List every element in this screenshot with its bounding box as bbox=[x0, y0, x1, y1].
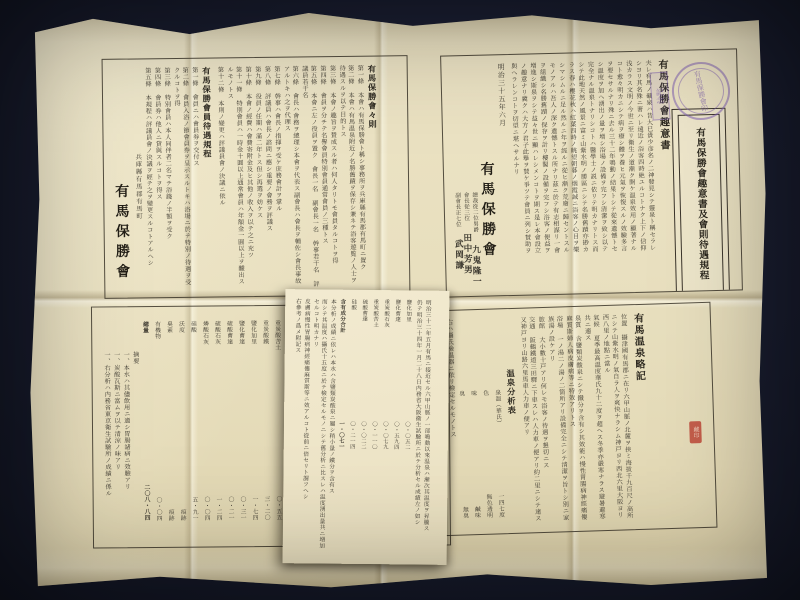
summary-heading: 有馬温泉略記 bbox=[630, 313, 650, 521]
spring-item-value: 無臭 bbox=[459, 506, 469, 519]
addendum-slip-paper: 明治三十二年五月有馬ニ接近セル六甲山脈ノ一部鳴動以來温泉ハ漸次其温度ヲ昇騰ス仍テ… bbox=[283, 289, 450, 565]
slip-total-value: 一・〇七一 bbox=[336, 420, 346, 449]
spring-item-name: 臭 bbox=[456, 390, 466, 396]
spring-item-name: 泉温（華氏） bbox=[492, 389, 503, 426]
analysis-row: 有機物 〇・〇四 bbox=[150, 315, 164, 521]
slip-component-name: 重炭酸苦土 bbox=[370, 299, 380, 328]
slip-component-value: 〇・二一四 bbox=[347, 420, 357, 449]
slip-text-flow: 明治三十二年五月有馬ニ接近セル六甲山脈ノ一部鳴動以來温泉ハ漸次其温度ヲ昇騰ス仍テ… bbox=[283, 289, 439, 565]
slip-outro-line: 而シテ其温度ハ攝氏十五度ニ於テ檢定セルモノニシテ舊分析ニ比スレハ温度湧出量共ニ増… bbox=[309, 298, 328, 554]
component-name: 鹽化曹達 bbox=[235, 320, 245, 344]
officer-list: 總裁從二位男爵 九鬼隆一 會長從三位 田中芳男 副會長正七位 武岡謙 bbox=[449, 64, 480, 289]
officer-name: 武岡謙 bbox=[453, 239, 464, 271]
spring-item-name: 味 bbox=[468, 390, 478, 396]
slip-component-name: 鹽化曹達 bbox=[392, 299, 402, 322]
component-value: 〇・五五 bbox=[273, 495, 283, 519]
component-value: 〇・〇四 bbox=[201, 496, 211, 520]
spring-item-value: 鹹味 bbox=[471, 506, 481, 519]
red-seal-stamp: 藏印 bbox=[689, 421, 702, 443]
officer-title-rank: 副會長正七位 bbox=[454, 192, 461, 227]
summary-text-flow: 有馬温泉略記 位置 攝津國有馬郡ニ在リ六甲山脈ノ北麓ヲ挟ミ海拔千九百尺ノ高所ニシ… bbox=[435, 305, 659, 536]
slip-analysis-row: 重炭酸石灰 〇・〇七九 bbox=[379, 299, 392, 449]
slip-component-value: 〇・〇五二 bbox=[402, 421, 412, 450]
component-name: 有機物 bbox=[151, 321, 161, 339]
slip-intro: 明治三十二年五月有馬ニ接近セル六甲山脈ノ一部鳴動以來温泉ハ漸次其温度ヲ昇騰ス仍テ… bbox=[412, 299, 432, 555]
page-spring-summary: 藏印 有馬温泉略記 位置 攝津國有馬郡ニ在リ六甲山脈ノ北麓ヲ挟ミ海拔千九百尺ノ高… bbox=[434, 302, 718, 537]
slip-total-label: 含有成分合計 bbox=[337, 299, 347, 333]
cover-title: 有馬保勝會趣意書及會則待遇規程 bbox=[693, 127, 709, 280]
component-value: 〇・三一 bbox=[237, 496, 247, 520]
component-value: 〇・〇四 bbox=[153, 497, 163, 521]
component-name: 臭素 bbox=[163, 321, 173, 333]
analysis-row: 重炭酸苦土 〇・五五 bbox=[270, 314, 284, 520]
slip-analysis-row: 鹽化曹達 〇・五九四 bbox=[390, 299, 403, 449]
officer-title-rank: 總裁從二位男爵 bbox=[471, 192, 478, 233]
officer-title-rank: 會長從三位 bbox=[463, 192, 470, 221]
summary-body: 位置 攝津國有馬郡ニ在リ六甲山脈ノ北麓ヲ挟ミ海拔千九百尺ノ高所ニシテ山紫水明ノ氣… bbox=[517, 313, 633, 524]
slip-component-name: 重炭酸石灰 bbox=[381, 299, 391, 328]
total-value: 二〇八・八四 bbox=[141, 484, 151, 521]
treatment-article: 第二條 會員入浴ノ節會員券ヲ呈示スルトキハ浴場ニ於テ特別ノ待遇ヲ受クルコトヲ得 bbox=[171, 67, 191, 289]
slip-intro-line: 明治三十二年五月有馬ニ接近セル六甲山脈ノ一部鳴動以來温泉ハ漸次其温度ヲ昇騰ス bbox=[421, 300, 432, 556]
prospectus-body: 夫レ有馬ノ礦泉ハ昔大巳貴少彦名ノ二神發見シテ靈泉ト稱セラレシヨリ其名殊ニ著ハレ遠… bbox=[508, 60, 656, 287]
purple-stamp-text: 有馬保勝會印 bbox=[693, 70, 710, 113]
bylaws-heading: 有馬保勝會々則 bbox=[366, 65, 380, 287]
spring-item-value: 一四七度 bbox=[495, 493, 506, 518]
purple-rect-stamp-text: 記念 bbox=[654, 88, 666, 105]
component-name: 重炭酸苦土 bbox=[271, 320, 281, 351]
analysis-row: 臭素 痕跡 bbox=[162, 315, 176, 521]
slip-analysis-row: 硅酸 〇・二一四 bbox=[346, 299, 359, 449]
cover-title-box: 有馬保勝會趣意書及會則待遇規程 bbox=[671, 108, 730, 298]
bylaws-article: 第一條 本會ハ有馬保勝會ト稱シ事務所ヲ兵庫縣有馬郡有馬町ニ置ク bbox=[355, 65, 366, 287]
component-name: 重炭酸鐵 bbox=[259, 320, 269, 344]
slip-total-row: 含有成分合計 一・〇七一 bbox=[335, 299, 348, 449]
component-value: 五・九一 bbox=[189, 496, 199, 520]
bylaws-text-flow: 有馬保勝會々則 第一條 本會ハ有馬保勝會ト稱シ事務所ヲ兵庫縣有馬郡有馬町ニ置ク第… bbox=[103, 56, 392, 297]
analysis-row: 硫酸石灰 一・二四 bbox=[210, 314, 224, 520]
photo-background: 有馬保勝會々則 第一條 本會ハ有馬保勝會ト稱シ事務所ヲ兵庫縣有馬郡有馬町ニ置ク第… bbox=[0, 0, 800, 600]
component-value: 痕跡 bbox=[177, 509, 187, 521]
component-name: 硅酸 bbox=[187, 321, 197, 333]
component-name: 沃度 bbox=[175, 321, 185, 333]
bylaws-article: 第十一條 特別會員ハ一時金十圓以上通常會員ハ年額金一圓以上ヲ醵出スルモノトス bbox=[224, 66, 244, 288]
page-bylaws: 有馬保勝會々則 第一條 本會ハ有馬保勝會ト稱シ事務所ヲ兵庫縣有馬郡有馬町ニ置ク第… bbox=[102, 55, 411, 299]
slip-component-name: 硅酸 bbox=[348, 299, 358, 311]
spring-table-rows: 泉温（華氏） 一四七度 色 無色透明 味 鹹味 臭 無臭 bbox=[452, 317, 507, 526]
analysis-row: 鹽化加里 一・七四 bbox=[246, 314, 260, 520]
slip-component-name: 硫酸曹達 bbox=[359, 299, 369, 322]
slip-component-value: 〇・五九四 bbox=[391, 421, 401, 450]
component-value: 痕跡 bbox=[165, 509, 175, 521]
component-value: 一・七四 bbox=[249, 496, 259, 520]
component-name: 硫酸曹達 bbox=[223, 320, 233, 344]
analysis-row: 沃度 痕跡 bbox=[174, 315, 188, 521]
slip-component-value: 〇・一一〇 bbox=[369, 421, 379, 450]
analysis-row: 燐酸石灰 〇・〇四 bbox=[198, 315, 212, 521]
slip-component-name: 鹽化加里 bbox=[403, 299, 413, 322]
component-name: 燐酸石灰 bbox=[199, 321, 209, 345]
component-value: 三・二〇 bbox=[261, 496, 271, 520]
bylaws-article: 第六條 會長ハ會務ヲ總理シ本會ヲ代表ス副會長ハ會長ヲ輔佐シ會長事故アルトキハ之ヲ… bbox=[281, 65, 301, 287]
slip-outro: 本分析ノ成績ニ依レハ本水ハ含鹽類炭酸泉ニ屬シ稍小量ノ鐵分ヲ含有ス而シテ其温度ハ攝… bbox=[291, 298, 337, 554]
organization-name-large: 有馬保勝會 bbox=[111, 68, 132, 290]
analysis-row: 鹽化曹達 〇・三一 bbox=[234, 314, 248, 520]
bylaws-article: 第五條 本會ニ左ノ役員ヲ置ク 會長一名 副會長一名 幹事若干名 評議員若干名 bbox=[299, 65, 319, 287]
paper-top-fold bbox=[26, 6, 770, 42]
spring-item-value: 無色透明 bbox=[483, 493, 494, 518]
red-seal-text: 藏印 bbox=[691, 426, 700, 438]
slip-analysis-row: 鹽化加里 〇・〇五二 bbox=[401, 299, 414, 449]
bylaws-article: 第二條 本會ハ有馬温泉附近ノ名勝舊蹟ヲ保存シ兼ネテ浴客遊覧ノ人士ヲ待遇スルヲ以テ… bbox=[337, 65, 357, 287]
slip-analysis-row: 重炭酸苦土 〇・一一〇 bbox=[368, 299, 381, 449]
slip-component-value: 〇・〇七九 bbox=[380, 421, 390, 450]
purple-rect-stamp: 記念 bbox=[649, 71, 670, 120]
carbonic-total-row: 總量 二〇八・八四 bbox=[138, 315, 152, 521]
carbonic-notes: 摘要一、本水ハ其儘飲用ニ適シ胃腸諸病ニ效驗アリ一、炭酸瓦斯ニ富ムヲ以テ清涼ノ味ア… bbox=[101, 315, 140, 539]
analysis-row: 重炭酸鐵 三・二〇 bbox=[258, 314, 272, 520]
bylaws-articles: 第一條 本會ハ有馬保勝會ト稱シ事務所ヲ兵庫縣有馬郡有馬町ニ置ク第二條 本會ハ有馬… bbox=[215, 65, 366, 289]
component-name: 硫酸石灰 bbox=[211, 320, 221, 344]
cover-title-inner-frame: 有馬保勝會趣意書及會則待遇規程 bbox=[678, 114, 724, 293]
treatment-heading: 有馬保勝會員待遇規程 bbox=[201, 67, 215, 289]
slip-analysis-row: 硫酸曹達 〇・〇二二 bbox=[357, 299, 370, 449]
purple-stamp-inner-ring: 有馬保勝會印 bbox=[674, 64, 729, 119]
total-label: 總量 bbox=[139, 321, 149, 333]
spring-item-name: 色 bbox=[480, 390, 490, 396]
analysis-row: 硫酸曹達 〇・二一 bbox=[222, 314, 236, 520]
analysis-row: 硅酸 五・九一 bbox=[186, 315, 200, 521]
component-name: 鹽化加里 bbox=[247, 320, 257, 344]
slip-rows: 鹽化加里 〇・〇五二 鹽化曹達 〇・五九四 重炭酸石灰 〇・〇七九 重炭酸苦土 … bbox=[345, 299, 414, 556]
treatment-articles: 第一條 會員ニハ會員券ヲ交付ス第二條 會員入浴ノ節會員券ヲ呈示スルトキハ浴場ニ於… bbox=[142, 67, 200, 290]
slip-component-value: 〇・〇二二 bbox=[358, 420, 368, 449]
component-value: 一・二四 bbox=[213, 496, 223, 520]
document-paper: 有馬保勝會々則 第一條 本會ハ有馬保勝會ト稱シ事務所ヲ兵庫縣有馬郡有馬町ニ置ク第… bbox=[26, 6, 770, 592]
component-value: 〇・二一 bbox=[225, 496, 235, 520]
